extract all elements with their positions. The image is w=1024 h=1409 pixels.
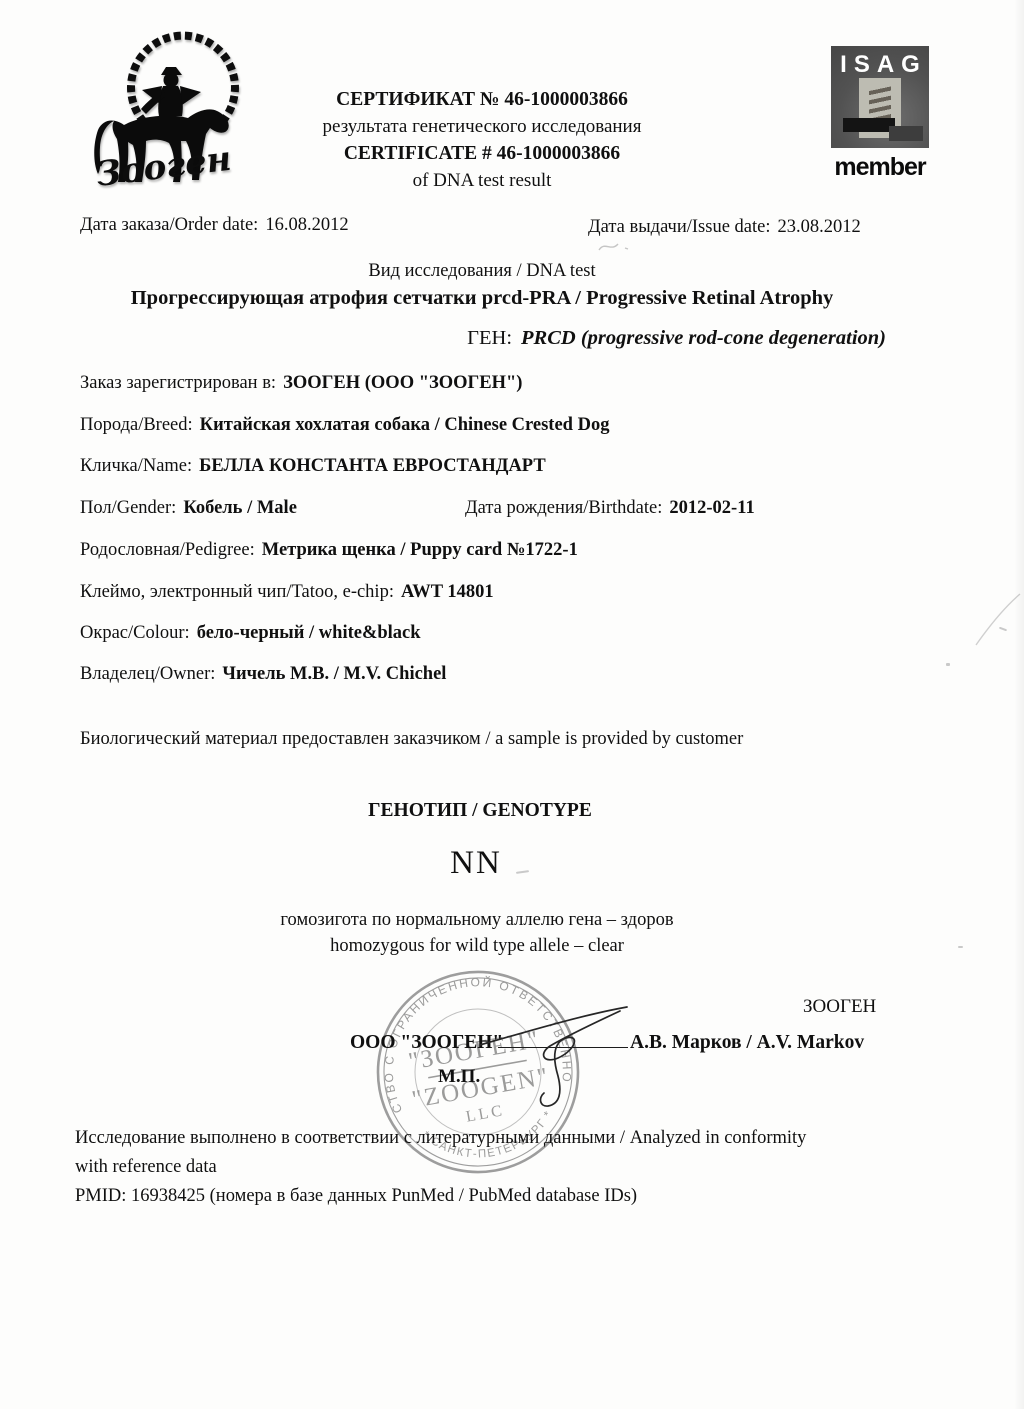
footer-line3: PMID: 16938425 (номера в базе данных Pun… <box>75 1184 637 1208</box>
genotype-heading: ГЕНОТИП / GENOTYPE <box>80 800 880 822</box>
signer-name: А.В. Марков / A.V. Markov <box>630 1031 864 1055</box>
test-kind: Вид исследования / DNA test <box>80 261 884 282</box>
isag-bar <box>843 118 895 132</box>
field-pedigree: Родословная/Pedigree:Метрика щенка / Pup… <box>80 538 578 562</box>
field-breed: Порода/Breed:Китайская хохлатая собака /… <box>80 413 609 437</box>
zoogen-script-label: Зооген <box>94 139 233 195</box>
field-gender: Пол/Gender:Кобель / Male <box>80 496 297 520</box>
isag-box: ISAG <box>831 46 929 148</box>
footer-line1: Исследование выполнено в соответствии с … <box>75 1126 806 1150</box>
genotype-desc-ru: гомозигота по нормальному аллелю гена – … <box>80 910 874 931</box>
certificate-subtitle-ru: результата генетического исследования <box>262 113 702 140</box>
signature-stroke <box>470 993 640 1118</box>
sample-note: Биологический материал предоставлен зака… <box>80 727 743 751</box>
company-name-right: ЗООГЕН <box>803 995 876 1019</box>
test-title: Прогрессирующая атрофия сетчатки prcd-PR… <box>40 287 924 310</box>
field-owner: Владелец/Owner:Чичель М.В. / M.V. Chiche… <box>80 662 446 686</box>
footer-line2: with reference data <box>75 1155 217 1179</box>
field-birthdate: Дата рождения/Birthdate:2012-02-11 <box>465 496 755 520</box>
order-date: Дата заказа/Order date:16.08.2012 <box>80 213 349 237</box>
isag-member-label: member <box>831 153 929 182</box>
isag-title: ISAG <box>831 51 929 79</box>
certificate-title-ru: СЕРТИФИКАТ № 46-1000003866 <box>262 86 702 113</box>
scratch-artifact <box>972 588 1024 650</box>
gene-value: PRCD (progressive rod-cone degeneration) <box>521 327 886 349</box>
speck-artifact <box>958 946 963 948</box>
field-colour: Окрас/Colour:бело-черный / white&black <box>80 621 421 645</box>
gene-line: ГЕН:PRCD (progressive rod-cone degenerat… <box>80 327 886 350</box>
genotype-desc-en: homozygous for wild type allele – clear <box>80 936 874 957</box>
isag-bar2 <box>889 126 923 141</box>
field-registered: Заказ зарегистрирован в:ЗООГЕН (ООО "ЗОО… <box>80 371 522 395</box>
certificate-subtitle-en: of DNA test result <box>262 167 702 194</box>
rider-silhouette <box>141 67 201 116</box>
zoogen-logo: Зооген <box>70 28 255 200</box>
certificate-header: СЕРТИФИКАТ № 46-1000003866 результата ге… <box>262 86 702 194</box>
field-name: Кличка/Name:БЕЛЛА КОНСТАНТА ЕВРОСТАНДАРТ <box>80 454 546 478</box>
certificate-page: Зооген ISAG member СЕРТИФИКАТ № 46-10000… <box>0 0 1024 1409</box>
speck-artifact <box>946 663 950 666</box>
genotype-value: NN <box>80 845 872 882</box>
field-tatoo: Клеймо, электронный чип/Tatoo, e-chip:AW… <box>80 580 494 604</box>
certificate-title-en: CERTIFICATE # 46-1000003866 <box>262 140 702 167</box>
isag-logo: ISAG member <box>831 46 929 182</box>
gene-label: ГЕН: <box>467 327 512 349</box>
pencil-mark-artifact <box>595 235 639 257</box>
